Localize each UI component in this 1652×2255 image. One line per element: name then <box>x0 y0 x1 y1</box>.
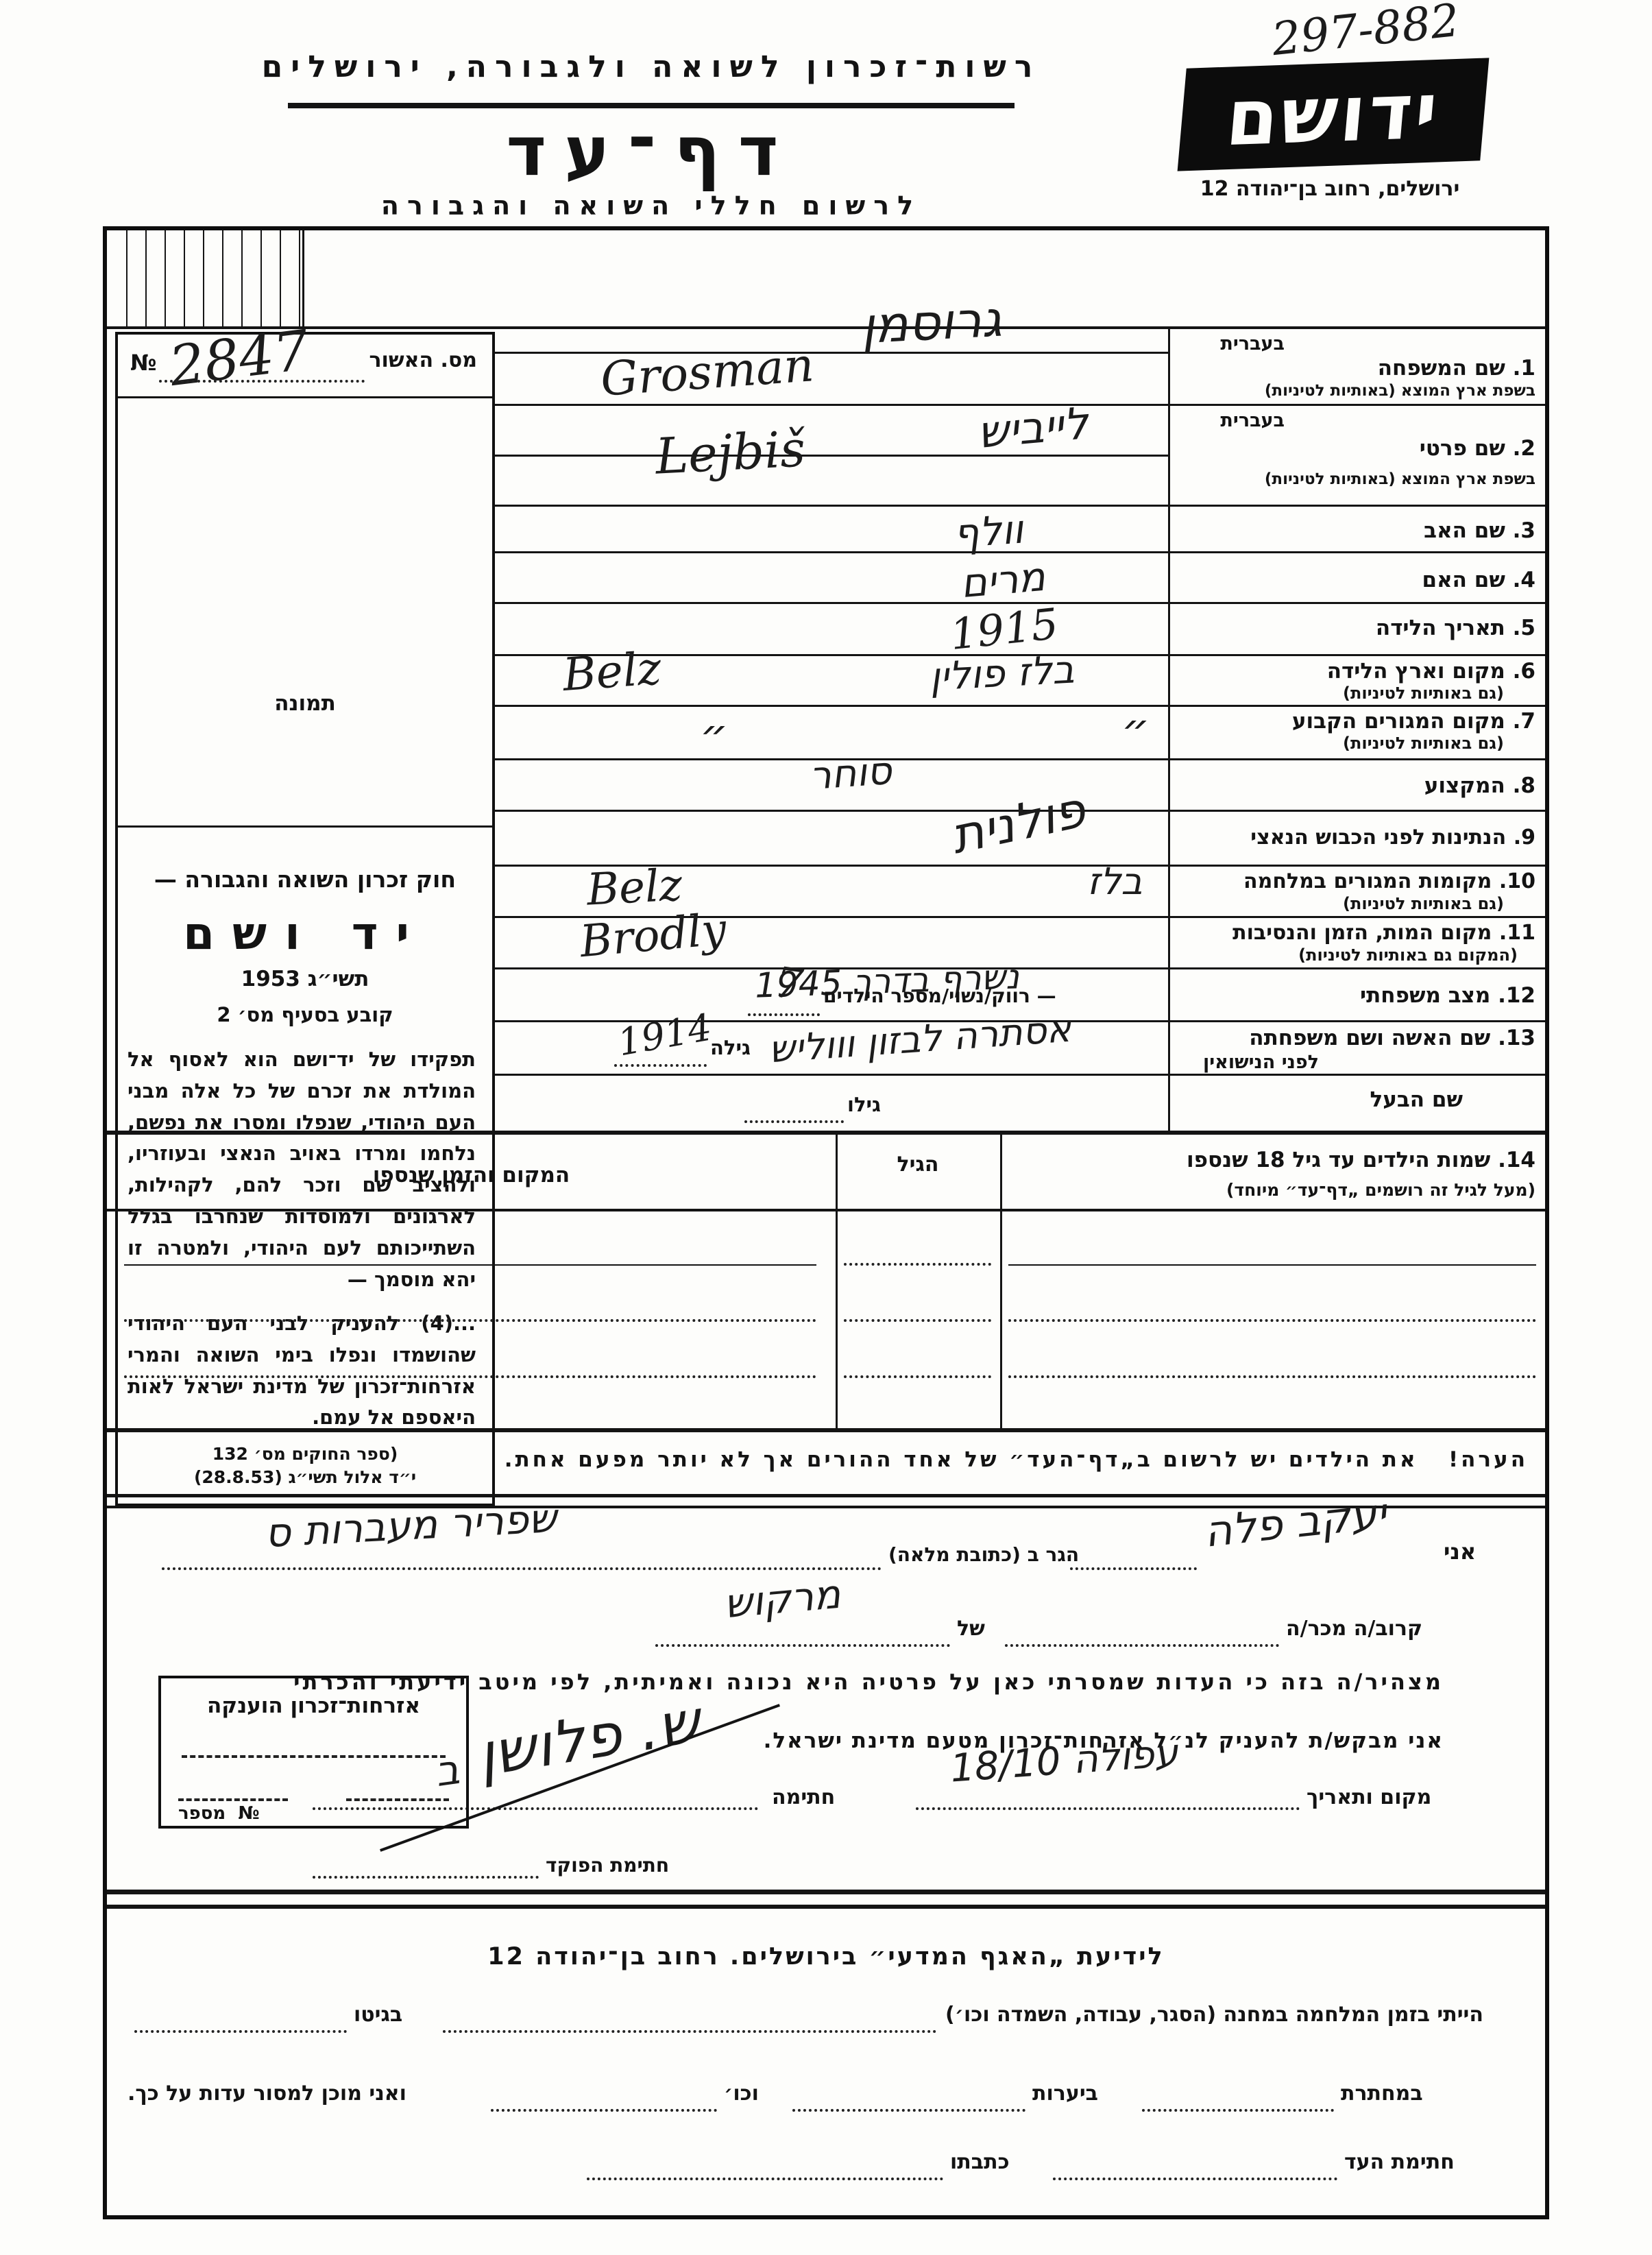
camps-label: הייתי בזמן המלחמה במחנה (הסגר, עבודה, הש… <box>945 2003 1483 2027</box>
children-row2-age <box>844 1319 991 1322</box>
marital-dotted <box>748 1013 820 1016</box>
hw-declarant-name: יעקב פלה <box>1202 1488 1389 1556</box>
children-row3-age <box>844 1375 991 1378</box>
of-dotted <box>655 1644 950 1647</box>
authority-title: רשות־זכרון לשואה ולגבורה, ירושלים <box>206 49 1097 84</box>
law-reference-1: (ספר החוקים מס׳ 132 <box>118 1444 492 1464</box>
comb-bottom-rule <box>107 326 1545 329</box>
witness-signature-label: חתימת העד <box>1344 2150 1455 2174</box>
field-10-sub: (גם באותיות לטיניות) <box>1343 894 1504 913</box>
header-rule <box>288 103 1015 108</box>
bottom-double-rule-1 <box>107 1890 1545 1894</box>
form-title: דף־עד <box>206 111 1097 191</box>
row-line <box>494 1074 1545 1076</box>
field-3-label: 3. שם האב <box>1424 518 1535 543</box>
field-11-label: 11. מקום המות, הזמן והנסיבות <box>1232 921 1535 945</box>
place-date-label: מקום ותאריך <box>1307 1785 1431 1809</box>
row-line <box>494 758 1545 760</box>
children-title: 14. שמות הילדים עד גיל 18 שנספו <box>1187 1148 1535 1172</box>
field-4-label: 4. שם האם <box>1422 568 1536 592</box>
hw-war-place-latin: Belz <box>585 860 683 915</box>
witness-signature-dotted <box>1053 2178 1337 2180</box>
field-9-label: 9. הנתינות לפני הכבוש הנאצי <box>1250 825 1535 849</box>
camps-dotted <box>443 2030 936 2033</box>
ghetto-dotted <box>134 2030 347 2033</box>
field-1-label: 1. שם המשפחה <box>1378 356 1535 381</box>
row-line <box>494 705 1545 707</box>
photo-label: תמונה <box>118 691 492 716</box>
hw-first-name-latin: Lejbiš <box>654 420 807 485</box>
hw-residence-ditto-right: ״ <box>1121 705 1150 756</box>
field-11-sub: (המקום גם באותיות לטיניות) <box>1298 945 1518 965</box>
field-2-label: 2. שם פרטי <box>1420 436 1535 461</box>
etc-label: וכו׳ <box>724 2082 759 2106</box>
hw-residence-ditto-left: ״ <box>700 710 728 761</box>
stamp-title: אזרחות־זכרון הוענקה <box>161 1693 466 1718</box>
marital-options-label: — רווק/נשוי/מספר הילדים <box>823 985 1056 1007</box>
stamp-number-label: № מספר <box>178 1803 260 1824</box>
note-line: הערה! את הילדים יש לרשום ב„דף־העד״ של אח… <box>505 1447 1528 1472</box>
his-age-dotted <box>744 1120 844 1123</box>
children-row1-name <box>1008 1264 1536 1266</box>
field-6-label: 6. מקום וארץ הלידה <box>1327 659 1535 684</box>
row-line <box>494 967 1545 969</box>
hw-stamp-mark: ב <box>432 1746 462 1796</box>
hw-war-place-hebrew: בלז <box>1087 860 1143 903</box>
clerk-signature-label: חתימת הפוקד <box>546 1854 669 1877</box>
hw-birth-place-latin: Belz <box>561 642 662 701</box>
labels-column-separator <box>1168 326 1170 1131</box>
law-name: יד ושם <box>118 907 492 960</box>
bottom-double-rule-2 <box>107 1905 1545 1909</box>
children-col-line-2 <box>1000 1131 1002 1428</box>
field-1-lang: בעברית <box>1220 333 1285 354</box>
law-clause: קובע בסעיף מס׳ 2 <box>118 1003 492 1026</box>
comb-cells <box>108 230 304 326</box>
hw-family-name-hebrew: גרוסמן <box>860 290 1003 355</box>
testimony-page: 297-882 רשות־זכרון לשואה ולגבורה, ירושלי… <box>0 0 1652 2255</box>
ready-to-testify: ואני מוכן למסור עדות על כך. <box>127 2082 406 2106</box>
stamp-bottom-seg-right <box>346 1798 449 1801</box>
hw-her-age: 1914 <box>615 1006 715 1065</box>
photo-bottom-rule <box>118 825 492 828</box>
relative-label: קרוב/ה מכר/ה <box>1286 1617 1422 1641</box>
logo-address: ירושלים, רחוב בן־יהודה 12 <box>1165 177 1494 201</box>
field-1-sub: בשפת ארץ המוצא (באותיות לטיניות) <box>1265 382 1535 400</box>
stamp-dotted-line <box>182 1755 446 1758</box>
bottom-heading: לידיעת „האגף המדעי״ בירושלים. רחוב בן־יה… <box>107 1943 1545 1970</box>
form-table: מס. האשור № 2847 תמונה חוק זכרון השואה ו… <box>103 226 1549 2219</box>
children-row3-name <box>1008 1375 1536 1378</box>
hw-profession: סוחר <box>808 749 893 799</box>
place-date-dotted <box>916 1807 1300 1810</box>
children-row2-place <box>124 1319 816 1322</box>
forests-dotted <box>792 2109 1025 2112</box>
resides-label: הגר ב (כתובת מלאה) <box>888 1543 1079 1566</box>
hw-citizenship: פולנית <box>945 780 1090 865</box>
yad-vashem-logo: ידושם <box>1178 58 1490 171</box>
forests-label: ביערות <box>1032 2082 1098 2106</box>
hw-relation-name: מרקוש <box>722 1571 842 1628</box>
underground-label: במחתרת <box>1341 2082 1423 2106</box>
relative-dotted <box>1005 1644 1279 1647</box>
address-dotted <box>162 1567 882 1570</box>
her-age-dotted <box>614 1064 707 1067</box>
field-13-label: 13. שם האשה ושם משפחתה <box>1249 1026 1535 1050</box>
her-age-label: גילה <box>710 1036 751 1059</box>
numero-sign: № <box>130 350 157 376</box>
witness-address-label: כתבתו <box>950 2150 1010 2174</box>
field-2-sub: בשפת ארץ המוצא (באותיות לטיניות) <box>1265 470 1535 488</box>
law-year: תשי״ג 1953 <box>118 967 492 991</box>
field-6-sub: (גם באותיות לטיניות) <box>1343 684 1504 703</box>
declaration-i-label: אני <box>1444 1539 1476 1565</box>
children-row1-place <box>124 1264 816 1266</box>
hw-wife-name: אסתרה לבזון וווליש <box>767 1007 1072 1072</box>
field-7-label: 7. מקום המגורים הקבוע <box>1292 709 1535 734</box>
field-7-sub: (גם באותיות לטיניות) <box>1343 734 1504 753</box>
field-2-lang: בעברית <box>1220 410 1285 431</box>
signature-label: חתימה <box>772 1785 835 1809</box>
law-paragraph-2: ...(4) להעניק לבני העם היהודי שהושמדו ונ… <box>127 1308 476 1434</box>
field-13-sub: לפני הנישואין <box>1203 1052 1319 1073</box>
field-10-label: 10. מקומות המגורים במלחמה <box>1243 869 1535 893</box>
law-title: חוק זכרון השואה והגבורה — <box>118 866 492 893</box>
hw-birth-place-hebrew: בלז פולין <box>928 648 1075 700</box>
citizenship-stamp-box: אזרחות־זכרון הוענקה № מספר ב <box>158 1676 469 1829</box>
approval-number-handwritten: 2847 <box>166 318 312 398</box>
hw-mother-name: מרים <box>958 553 1047 607</box>
children-header-rule <box>107 1209 1545 1211</box>
children-bottom-rule <box>107 1428 1545 1432</box>
field-8-label: 8. המקצוע <box>1424 773 1535 798</box>
hw-first-name-hebrew: לייביש <box>975 398 1090 459</box>
children-top-rule <box>107 1131 1545 1135</box>
etc-dotted <box>491 2109 717 2112</box>
ghetto-label: בגיטו <box>354 2003 402 2027</box>
write-line <box>494 455 1168 457</box>
approval-dotted-line <box>159 380 365 383</box>
children-row2-name <box>1008 1319 1536 1322</box>
form-subtitle: לרשום חללי השואה והגבורה <box>206 191 1097 221</box>
declarant-name-dotted <box>1070 1567 1197 1570</box>
hw-father-name: וולף <box>952 506 1025 557</box>
children-row3-place <box>124 1375 816 1378</box>
field-5-label: 5. תאריך הלידה <box>1376 616 1535 640</box>
logo-text: ידושם <box>1223 66 1444 163</box>
children-place-col: המקום והזמן שנספו <box>107 1163 836 1187</box>
children-row1-age <box>844 1263 991 1266</box>
hw-family-name-latin: Grosman <box>599 338 816 407</box>
left-panel: מס. האשור № 2847 תמונה חוק זכרון השואה ו… <box>115 332 495 1506</box>
his-age-label: גילו <box>847 1093 881 1116</box>
field-husband-label: שם הבעל <box>1370 1087 1463 1112</box>
field-12-label: 12. מצב משפחתי <box>1360 983 1535 1008</box>
children-age-col: הגיל <box>836 1153 1000 1177</box>
children-subtitle: (מעל לגיל זה רושמים „דף־עד״ מיוחד) <box>1226 1180 1535 1200</box>
of-label: של <box>957 1617 985 1641</box>
stamp-bottom-seg-left <box>178 1798 288 1801</box>
approval-number-label: מס. האשור <box>369 348 478 372</box>
clerk-signature-dotted <box>313 1876 539 1879</box>
approval-underline <box>118 396 492 398</box>
write-line <box>494 352 1168 354</box>
underground-dotted <box>1142 2109 1334 2112</box>
witness-address-dotted <box>587 2178 943 2180</box>
file-number-handwritten: 297-882 <box>1270 0 1462 66</box>
law-reference-2: י״ד אלול תשי״ג (28.8.53) <box>118 1467 492 1487</box>
